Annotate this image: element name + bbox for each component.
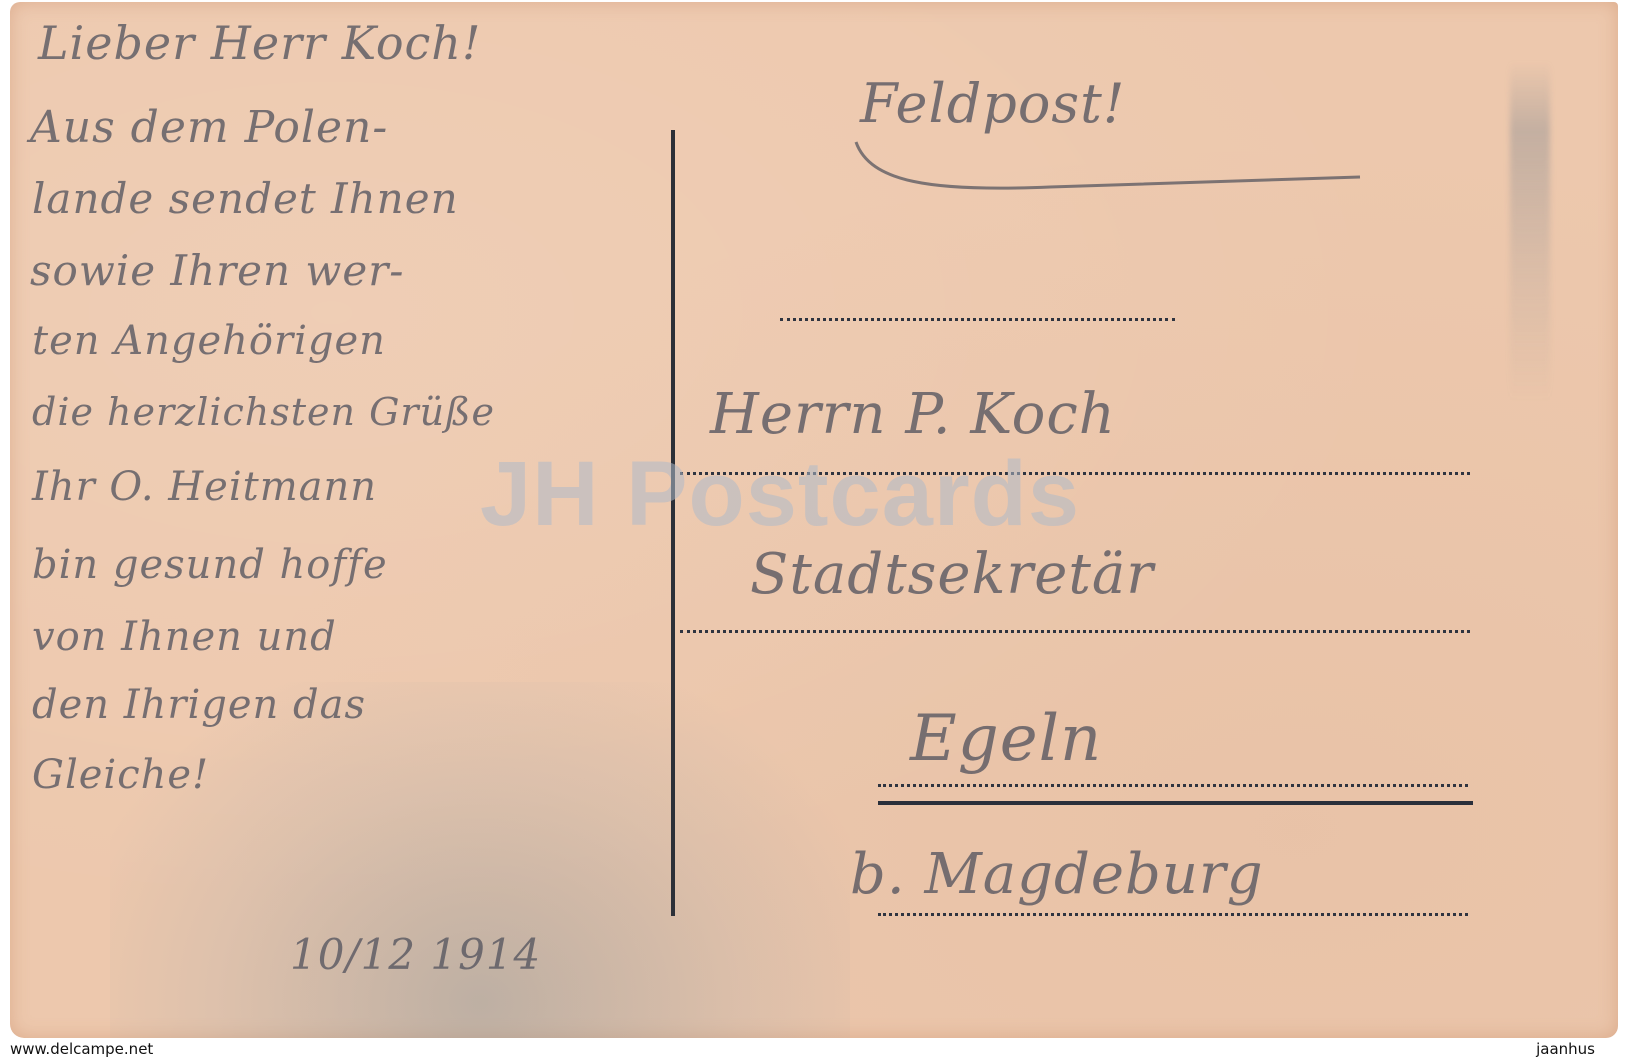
address-line-4 [878, 784, 1468, 787]
message-line: lande sendet Ihnen [32, 174, 459, 223]
message-line: sowie Ihren wer- [30, 246, 404, 295]
address-recipient: Herrn P. Koch [710, 382, 1116, 447]
address-region: b. Magdeburg [850, 842, 1264, 907]
message-line: Gleiche! [32, 752, 209, 798]
jaanhus-watermark: jaanhus [1536, 1040, 1595, 1058]
address-city: Egeln [910, 702, 1102, 776]
message-line: Ihr O. Heitmann [32, 464, 377, 510]
postcard-scan: Lieber Herr Koch! Aus dem Polen- lande s… [0, 0, 1625, 1062]
message-line: bin gesund hoffe [32, 542, 388, 588]
jh-postcards-watermark: JH Postcards [480, 442, 1080, 547]
message-line: Lieber Herr Koch! [38, 16, 481, 70]
address-title: Stadtsekretär [750, 542, 1154, 607]
feldpost-header: Feldpost! [860, 72, 1126, 135]
message-date: 10/12 1914 [290, 930, 541, 979]
address-underline-city [878, 801, 1473, 805]
message-line: Aus dem Polen- [30, 102, 388, 153]
message-line: den Ihrigen das [32, 682, 366, 728]
paper-stain-right [1510, 62, 1550, 402]
address-line-3 [680, 630, 1470, 633]
message-line: von Ihnen und [32, 614, 337, 660]
feldpost-underline [850, 132, 1370, 202]
paper-stain [110, 682, 850, 1038]
message-line: die herzlichsten Grüße [32, 390, 495, 434]
delcampe-watermark: www.delcampe.net [10, 1040, 153, 1058]
message-line: ten Angehörigen [32, 318, 386, 364]
address-line-5 [878, 913, 1468, 916]
address-line-1 [780, 318, 1175, 321]
postcard-back: Lieber Herr Koch! Aus dem Polen- lande s… [10, 2, 1618, 1038]
